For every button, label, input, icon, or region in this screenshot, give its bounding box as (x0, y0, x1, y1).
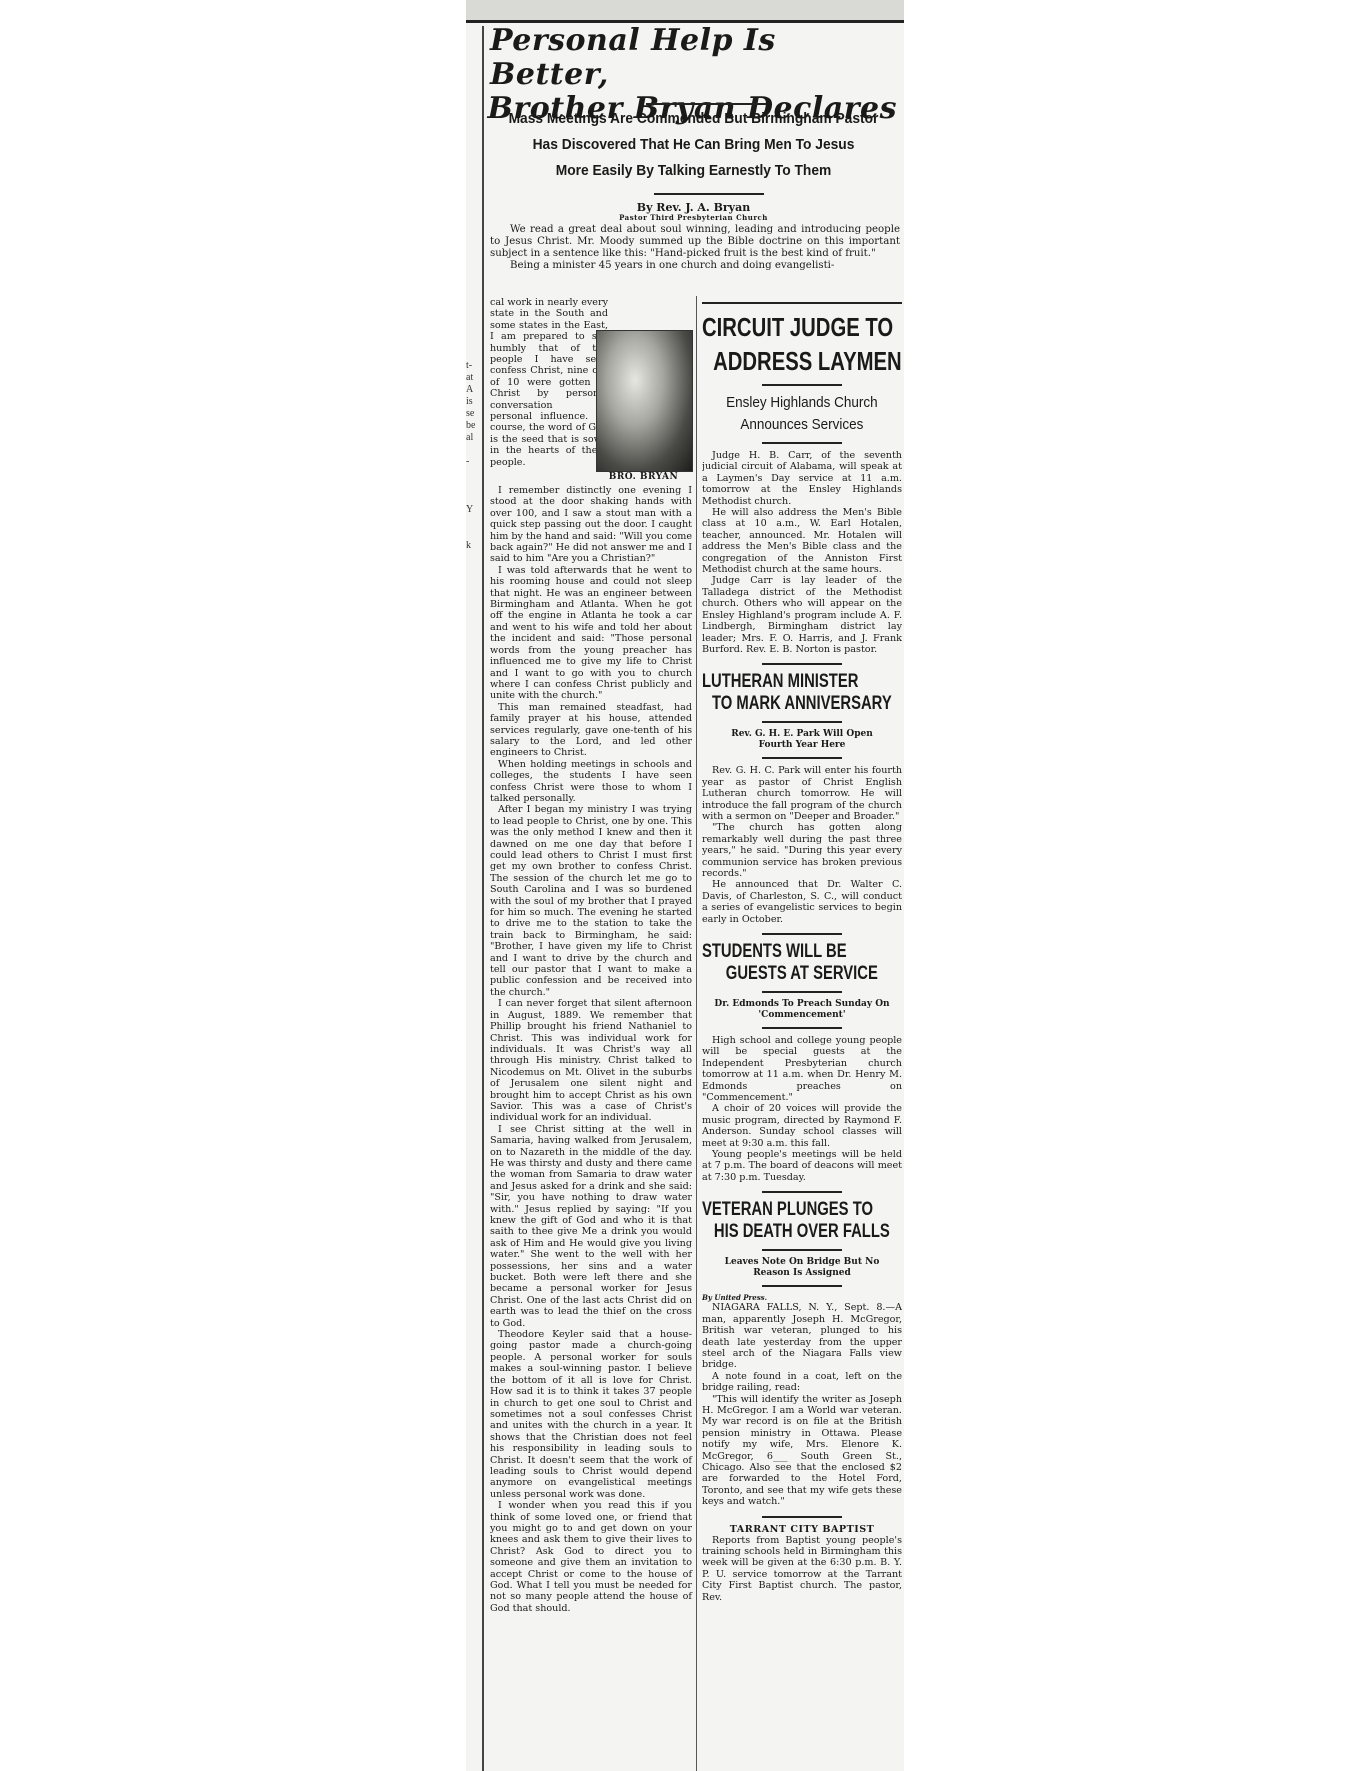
deck-rule (762, 757, 842, 759)
body-paragraph: I see Christ sitting at the well in Sama… (490, 1124, 692, 1329)
story-body: High school and college young people wil… (702, 1035, 902, 1183)
bro-bryan-photo (596, 330, 693, 472)
story-paragraph: He announced that Dr. Walter C. Davis, o… (702, 879, 902, 925)
wrap-paragraph: cal work in nearly every state in the So… (490, 297, 608, 468)
body-paragraph: When holding meetings in schools and col… (490, 759, 692, 805)
deck-line: Dr. Edmonds To Preach Sunday On (702, 999, 902, 1010)
story-paragraph: He will also address the Men's Bible cla… (702, 507, 902, 575)
headline-line: LUTHERAN MINISTER (702, 671, 902, 693)
story-body: Reports from Baptist young people's trai… (702, 1535, 902, 1603)
story-deck: Rev. G. H. E. Park Will OpenFourth Year … (702, 729, 902, 751)
deck-line: 'Commencement' (702, 1010, 902, 1021)
story-deck: Dr. Edmonds To Preach Sunday On'Commence… (702, 999, 902, 1021)
stub-fragment: - (466, 456, 480, 468)
story-paragraph: Rev. G. H. C. Park will enter his fourth… (702, 765, 902, 822)
photo-caption: BRO. BRYAN (596, 472, 691, 482)
story-headline: VETERAN PLUNGES TOHIS DEATH OVER FALLS (702, 1199, 902, 1243)
headline-line: VETERAN PLUNGES TO (702, 1199, 902, 1221)
stub-fragment: A (466, 384, 480, 396)
story-paragraph: A note found in a coat, left on the brid… (702, 1371, 902, 1394)
story-kicker: TARRANT CITY BAPTIST (702, 1524, 902, 1535)
newspaper-clipping: t-atAissebeal-Yk Personal Help Is Better… (466, 0, 904, 1771)
headline-rule (762, 991, 842, 993)
body-paragraph: I wonder when you read this if you think… (490, 1500, 692, 1614)
story-body: Judge H. B. Carr, of the seventh judicia… (702, 450, 902, 655)
story-divider (762, 1191, 842, 1193)
stub-fragment: se (466, 408, 480, 420)
deck-line-3: More Easily By Talking Earnestly To Them (503, 158, 885, 184)
story-deck: Leaves Note On Bridge But NoReason Is As… (702, 1257, 902, 1279)
sidebar-story: VETERAN PLUNGES TOHIS DEATH OVER FALLSLe… (702, 1191, 902, 1507)
body-paragraph: This man remained steadfast, had family … (490, 702, 692, 759)
stub-fragment (466, 492, 480, 504)
lead-paragraph: We read a great deal about soul winning,… (490, 224, 900, 260)
stub-fragment (466, 480, 480, 492)
story-divider (762, 1516, 842, 1518)
stub-fragment: t- (466, 360, 480, 372)
stub-fragment (466, 444, 480, 456)
story-top-rule (702, 302, 902, 304)
headline-rule (762, 1249, 842, 1251)
sidebar-column: CIRCUIT JUDGE TOADDRESS LAYMENEnsley Hig… (702, 296, 902, 1611)
story-subhead: Ensley Highlands ChurchAnnounces Service… (702, 392, 902, 436)
story-body: NIAGARA FALLS, N. Y., Sept. 8.—A man, ap… (702, 1302, 902, 1507)
sidebar-story: STUDENTS WILL BEGUESTS AT SERVICEDr. Edm… (702, 933, 902, 1183)
article-body: I remember distinctly one evening I stoo… (490, 485, 692, 1614)
story-paragraph: High school and college young people wil… (702, 1035, 902, 1103)
headline-line: GUESTS AT SERVICE (702, 963, 902, 985)
story-headline: STUDENTS WILL BEGUESTS AT SERVICE (702, 941, 902, 985)
stub-fragment (466, 516, 480, 528)
deck-rule (762, 1027, 842, 1029)
headline-rule (762, 384, 842, 386)
deck-rule (654, 193, 764, 195)
subhead-line: Ensley Highlands Church (702, 392, 902, 414)
deck-line: Leaves Note On Bridge But No (702, 1257, 902, 1268)
headline-rule (646, 103, 766, 105)
stub-fragment: al (466, 432, 480, 444)
story-body: Rev. G. H. C. Park will enter his fourth… (702, 765, 902, 925)
body-paragraph: Theodore Keyler said that a house-going … (490, 1329, 692, 1500)
story-headline: CIRCUIT JUDGE TOADDRESS LAYMEN (702, 310, 902, 378)
story-paragraph: "The church has gotten along remarkably … (702, 822, 902, 879)
body-paragraph: I was told afterwards that he went to hi… (490, 565, 692, 702)
subhead-rule (762, 442, 842, 444)
deck-line-1: Mass Meetings Are Commended But Birmingh… (503, 106, 885, 132)
story-paragraph: Judge Carr is lay leader of the Talladeg… (702, 575, 902, 655)
deck-rule (762, 1285, 842, 1287)
stub-fragment: be (466, 420, 480, 432)
story-paragraph: Judge H. B. Carr, of the seventh judicia… (702, 450, 902, 507)
story-paragraph: Young people's meetings will be held at … (702, 1149, 902, 1183)
headline-line-1: Personal Help Is Better, (486, 24, 901, 92)
headline-line: ADDRESS LAYMEN (702, 344, 902, 378)
deck-line: Rev. G. H. E. Park Will Open (702, 729, 902, 740)
story-paragraph: "This will identify the writer as Joseph… (702, 1394, 902, 1508)
stub-fragment: k (466, 540, 480, 552)
headline-line: CIRCUIT JUDGE TO (702, 310, 902, 344)
sidebar-story: CIRCUIT JUDGE TOADDRESS LAYMENEnsley Hig… (702, 302, 902, 655)
story-divider (762, 663, 842, 665)
article-deck: Mass Meetings Are Commended But Birmingh… (503, 106, 885, 184)
body-paragraph: After I began my ministry I was trying t… (490, 804, 692, 998)
headline-line: STUDENTS WILL BE (702, 941, 902, 963)
left-column-rule (482, 26, 484, 1771)
lead-paragraph: Being a minister 45 years in one church … (490, 260, 900, 272)
sidebar-story: TARRANT CITY BAPTISTReports from Baptist… (702, 1516, 902, 1603)
headline-line: HIS DEATH OVER FALLS (702, 1221, 902, 1243)
story-headline: LUTHERAN MINISTERTO MARK ANNIVERSARY (702, 671, 902, 715)
story-paragraph: A choir of 20 voices will provide the mu… (702, 1103, 902, 1149)
story-paragraph: Reports from Baptist young people's trai… (702, 1535, 902, 1603)
sidebar-story: LUTHERAN MINISTERTO MARK ANNIVERSARYRev.… (702, 663, 902, 925)
stub-fragment (466, 468, 480, 480)
body-paragraph: I remember distinctly one evening I stoo… (490, 485, 692, 565)
body-paragraph: I can never forget that silent afternoon… (490, 998, 692, 1123)
headline-line: TO MARK ANNIVERSARY (702, 693, 902, 715)
stub-fragment: is (466, 396, 480, 408)
deck-line-2: Has Discovered That He Can Bring Men To … (503, 132, 885, 158)
story-paragraph: NIAGARA FALLS, N. Y., Sept. 8.—A man, ap… (702, 1302, 902, 1370)
column-divider (696, 296, 697, 1771)
deck-line: Fourth Year Here (702, 740, 902, 751)
stub-fragment: at (466, 372, 480, 384)
deck-line: Reason Is Assigned (702, 1268, 902, 1279)
stub-fragment: Y (466, 504, 480, 516)
subhead-line: Announces Services (702, 414, 902, 436)
article-lead: We read a great deal about soul winning,… (490, 224, 900, 272)
adjacent-column-fragment: t-atAissebeal-Yk (466, 360, 480, 552)
headline-rule (762, 721, 842, 723)
byline-title: Pastor Third Presbyterian Church (486, 214, 901, 222)
stub-fragment (466, 528, 480, 540)
wire-credit: By United Press. (702, 1293, 902, 1302)
story-divider (762, 933, 842, 935)
